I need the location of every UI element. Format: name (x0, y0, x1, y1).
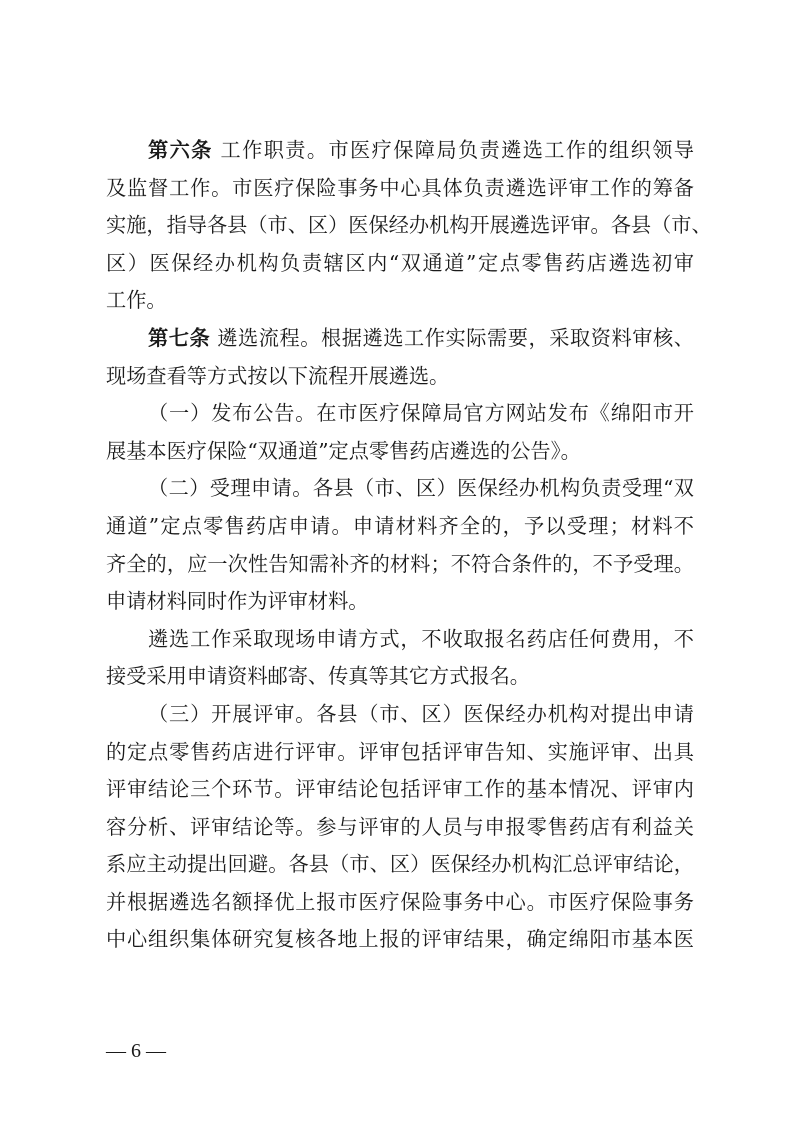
item-3-line-3: 评审结论三个环节。评审结论包括评审工作的基本情况、评审内 (106, 771, 694, 809)
onsite-para-line-2: 接受采用申请资料邮寄、传真等其它方式报名。 (106, 658, 694, 696)
item-3-line-2: 的定点零售药店进行评审。评审包括评审告知、实施评审、出具 (106, 734, 694, 772)
article-6-line-5: 工作。 (106, 282, 694, 320)
article-7-line-1: 第七条 遴选流程。根据遴选工作实际需要，采取资料审核、 (106, 320, 694, 358)
item-2-line-1: （二）受理申请。各县（市、区）医保经办机构负责受理“双 (106, 470, 694, 508)
item-1-line-2: 展基本医疗保险“双通道”定点零售药店遴选的公告》。 (106, 433, 694, 471)
page-number: — 6 — (106, 1040, 166, 1063)
article-6-heading: 第六条 (148, 138, 213, 162)
item-3-line-6: 并根据遴选名额择优上报市医疗保险事务中心。市医疗保险事务 (106, 884, 694, 922)
article-7-heading: 第七条 (148, 326, 210, 350)
article-6-line-1: 第六条 工作职责。市医疗保障局负责遴选工作的组织领导 (106, 132, 694, 170)
item-3-line-5: 系应主动提出回避。各县（市、区）医保经办机构汇总评审结论， (106, 846, 694, 884)
document-body: 第六条 工作职责。市医疗保障局负责遴选工作的组织领导 及监督工作。市医疗保险事务… (106, 132, 694, 959)
item-3-line-7: 中心组织集体研究复核各地上报的评审结果，确定绵阳市基本医 (106, 921, 694, 959)
article-7-line-2: 现场查看等方式按以下流程开展遴选。 (106, 358, 694, 396)
item-2-line-4: 申请材料同时作为评审材料。 (106, 583, 694, 621)
item-3-line-1: （三）开展评审。各县（市、区）医保经办机构对提出申请 (106, 696, 694, 734)
article-6-line-3: 实施，指导各县（市、区）医保经办机构开展遴选评审。各县（市、 (106, 207, 694, 245)
item-3-line-4: 容分析、评审结论等。参与评审的人员与申报零售药店有利益关 (106, 809, 694, 847)
item-1-line-1: （一）发布公告。在市医疗保障局官方网站发布《绵阳市开 (106, 395, 694, 433)
item-2-line-2: 通道”定点零售药店申请。申请材料齐全的，予以受理；材料不 (106, 508, 694, 546)
onsite-para-line-1: 遴选工作采取现场申请方式，不收取报名药店任何费用，不 (106, 621, 694, 659)
article-6-line-4: 区）医保经办机构负责辖区内“双通道”定点零售药店遴选初审 (106, 245, 694, 283)
article-6-line-2: 及监督工作。市医疗保险事务中心具体负责遴选评审工作的筹备 (106, 170, 694, 208)
item-2-line-3: 齐全的，应一次性告知需补齐的材料；不符合条件的，不予受理。 (106, 546, 694, 584)
